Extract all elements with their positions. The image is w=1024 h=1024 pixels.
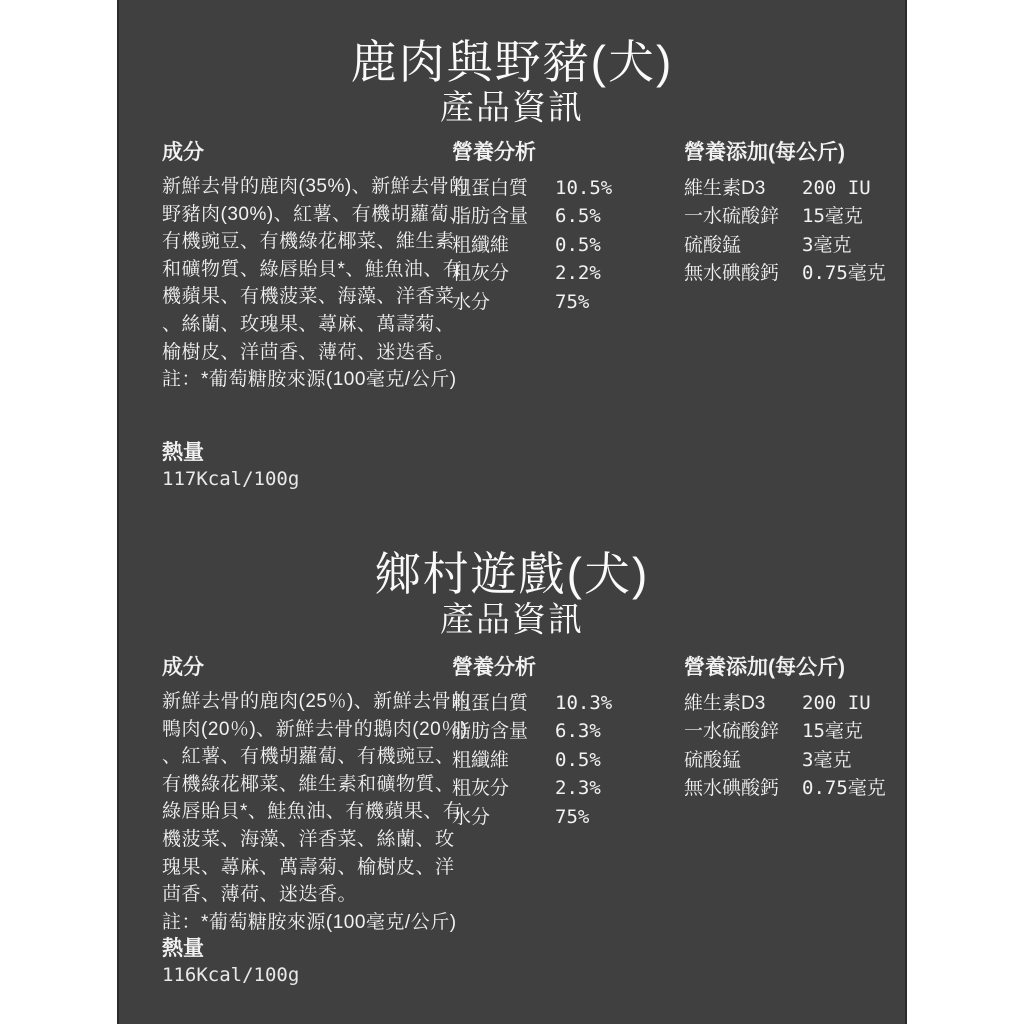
nutrition-analysis-column: 營養分析 粗蛋白質 10.3% 脂肪含量 6.3% 粗纖維 0.5% 粗灰分 2… bbox=[452, 655, 677, 830]
ingredients-line: 瑰果、蕁麻、萬壽菊、榆樹皮、洋 bbox=[162, 854, 437, 882]
analysis-value: 6.5% bbox=[555, 205, 601, 227]
ingredients-line: 機蘋果、有機菠菜、海藻、洋香菜 bbox=[162, 283, 437, 311]
additives-label: 無水碘酸鈣 bbox=[684, 258, 802, 285]
ingredients-line: 、紅薯、有機胡蘿蔔、有機豌豆、 bbox=[162, 743, 437, 771]
additives-value: 3毫克 bbox=[802, 745, 851, 772]
calories-block: 熱量 116Kcal/100g bbox=[162, 936, 299, 988]
analysis-label: 粗蛋白質 bbox=[452, 173, 555, 200]
section-1-title-block: 鹿肉與野豬(犬) 產品資訊 bbox=[119, 36, 905, 128]
additives-row: 維生素D3 200 IU bbox=[684, 173, 899, 201]
calories-block: 熱量 117Kcal/100g bbox=[162, 440, 299, 492]
product-title: 鄉村遊戲(犬) bbox=[119, 548, 905, 600]
ingredients-heading: 成分 bbox=[162, 140, 437, 166]
analysis-value: 0.5% bbox=[555, 234, 601, 256]
additives-value: 3毫克 bbox=[802, 230, 851, 257]
ingredients-line: 新鮮去骨的鹿肉(35%)、新鮮去骨的 bbox=[162, 173, 437, 201]
analysis-row: 粗纖維 0.5% bbox=[452, 745, 677, 773]
ingredients-line: 野豬肉(30%)、紅薯、有機胡蘿蔔、 bbox=[162, 201, 437, 229]
analysis-row: 粗灰分 2.3% bbox=[452, 773, 677, 801]
analysis-row: 水分 75% bbox=[452, 802, 677, 830]
section-2-title-block: 鄉村遊戲(犬) 產品資訊 bbox=[119, 548, 905, 640]
ingredients-line: 新鮮去骨的鹿肉(25％)、新鮮去骨的 bbox=[162, 688, 437, 716]
analysis-row: 粗纖維 0.5% bbox=[452, 230, 677, 258]
analysis-label: 脂肪含量 bbox=[452, 716, 555, 743]
analysis-label: 脂肪含量 bbox=[452, 201, 555, 228]
ingredients-line: 茴香、薄荷、迷迭香。 bbox=[162, 881, 437, 909]
calories-heading: 熱量 bbox=[162, 936, 299, 962]
additives-value: 0.75毫克 bbox=[802, 773, 886, 800]
additives-value: 200 IU bbox=[802, 692, 871, 714]
product-title: 鹿肉與野豬(犬) bbox=[119, 36, 905, 88]
ingredients-line: 、絲蘭、玫瑰果、蕁麻、萬壽菊、 bbox=[162, 311, 437, 339]
analysis-value: 2.3% bbox=[555, 777, 601, 799]
analysis-value: 10.5% bbox=[555, 177, 612, 199]
analysis-heading: 營養分析 bbox=[452, 140, 677, 166]
page: 鹿肉與野豬(犬) 產品資訊 成分 新鮮去骨的鹿肉(35%)、新鮮去骨的 野豬肉(… bbox=[0, 0, 1024, 1024]
analysis-value: 0.5% bbox=[555, 749, 601, 771]
ingredients-column: 成分 新鮮去骨的鹿肉(25％)、新鮮去骨的 鴨肉(20％)、新鮮去骨的鵝肉(20… bbox=[162, 655, 437, 936]
analysis-row: 脂肪含量 6.5% bbox=[452, 201, 677, 229]
ingredients-line: 有機豌豆、有機綠花椰菜、維生素 bbox=[162, 228, 437, 256]
analysis-value: 2.2% bbox=[555, 262, 601, 284]
analysis-row: 粗灰分 2.2% bbox=[452, 258, 677, 286]
nutrition-additives-column: 營養添加(每公斤) 維生素D3 200 IU 一水硫酸鋅 15毫克 硫酸錳 3毫… bbox=[684, 140, 899, 287]
additives-label: 硫酸錳 bbox=[684, 745, 802, 772]
analysis-label: 粗纖維 bbox=[452, 230, 555, 257]
analysis-label: 粗灰分 bbox=[452, 773, 555, 800]
ingredients-line: 機菠菜、海藻、洋香菜、絲蘭、玫 bbox=[162, 826, 437, 854]
nutrition-analysis-column: 營養分析 粗蛋白質 10.5% 脂肪含量 6.5% 粗纖維 0.5% 粗灰分 2… bbox=[452, 140, 677, 315]
ingredients-line: 有機綠花椰菜、維生素和礦物質、 bbox=[162, 771, 437, 799]
additives-row: 一水硫酸鋅 15毫克 bbox=[684, 716, 899, 744]
additives-row: 無水碘酸鈣 0.75毫克 bbox=[684, 773, 899, 801]
additives-row: 維生素D3 200 IU bbox=[684, 688, 899, 716]
additives-value: 15毫克 bbox=[802, 201, 863, 228]
calories-value: 117Kcal/100g bbox=[162, 466, 299, 492]
additives-label: 維生素D3 bbox=[684, 173, 802, 200]
ingredients-line: 榆樹皮、洋茴香、薄荷、迷迭香。 bbox=[162, 339, 437, 367]
additives-value: 0.75毫克 bbox=[802, 258, 886, 285]
additives-label: 一水硫酸鋅 bbox=[684, 201, 802, 228]
analysis-label: 水分 bbox=[452, 802, 555, 829]
additives-row: 無水碘酸鈣 0.75毫克 bbox=[684, 258, 899, 286]
additives-row: 一水硫酸鋅 15毫克 bbox=[684, 201, 899, 229]
product-subtitle: 產品資訊 bbox=[119, 600, 905, 640]
calories-value: 116Kcal/100g bbox=[162, 962, 299, 988]
additives-label: 硫酸錳 bbox=[684, 230, 802, 257]
product-subtitle: 產品資訊 bbox=[119, 88, 905, 128]
analysis-label: 粗纖維 bbox=[452, 745, 555, 772]
analysis-value: 10.3% bbox=[555, 692, 612, 714]
analysis-row: 水分 75% bbox=[452, 287, 677, 315]
analysis-label: 水分 bbox=[452, 287, 555, 314]
ingredients-footnote: 註：*葡萄糖胺來源(100毫克/公斤) bbox=[162, 366, 437, 394]
ingredients-line: 綠唇貽貝*、鮭魚油、有機蘋果、有 bbox=[162, 798, 437, 826]
ingredients-line: 和礦物質、綠唇貽貝*、鮭魚油、有 bbox=[162, 256, 437, 284]
product-info-panel: 鹿肉與野豬(犬) 產品資訊 成分 新鮮去骨的鹿肉(35%)、新鮮去骨的 野豬肉(… bbox=[117, 0, 907, 1024]
analysis-label: 粗灰分 bbox=[452, 258, 555, 285]
ingredients-footnote: 註：*葡萄糖胺來源(100毫克/公斤) bbox=[162, 909, 437, 937]
analysis-value: 75% bbox=[555, 806, 589, 828]
ingredients-heading: 成分 bbox=[162, 655, 437, 681]
analysis-row: 粗蛋白質 10.5% bbox=[452, 173, 677, 201]
additives-value: 15毫克 bbox=[802, 716, 863, 743]
additives-row: 硫酸錳 3毫克 bbox=[684, 230, 899, 258]
calories-heading: 熱量 bbox=[162, 440, 299, 466]
nutrition-additives-column: 營養添加(每公斤) 維生素D3 200 IU 一水硫酸鋅 15毫克 硫酸錳 3毫… bbox=[684, 655, 899, 802]
analysis-label: 粗蛋白質 bbox=[452, 688, 555, 715]
additives-heading: 營養添加(每公斤) bbox=[684, 140, 899, 166]
ingredients-column: 成分 新鮮去骨的鹿肉(35%)、新鮮去骨的 野豬肉(30%)、紅薯、有機胡蘿蔔、… bbox=[162, 140, 437, 394]
additives-label: 無水碘酸鈣 bbox=[684, 773, 802, 800]
analysis-value: 75% bbox=[555, 291, 589, 313]
analysis-heading: 營養分析 bbox=[452, 655, 677, 681]
analysis-value: 6.3% bbox=[555, 720, 601, 742]
additives-heading: 營養添加(每公斤) bbox=[684, 655, 899, 681]
additives-label: 維生素D3 bbox=[684, 688, 802, 715]
analysis-row: 粗蛋白質 10.3% bbox=[452, 688, 677, 716]
ingredients-line: 鴨肉(20％)、新鮮去骨的鵝肉(20％) bbox=[162, 716, 437, 744]
additives-row: 硫酸錳 3毫克 bbox=[684, 745, 899, 773]
additives-value: 200 IU bbox=[802, 177, 871, 199]
analysis-row: 脂肪含量 6.3% bbox=[452, 716, 677, 744]
additives-label: 一水硫酸鋅 bbox=[684, 716, 802, 743]
